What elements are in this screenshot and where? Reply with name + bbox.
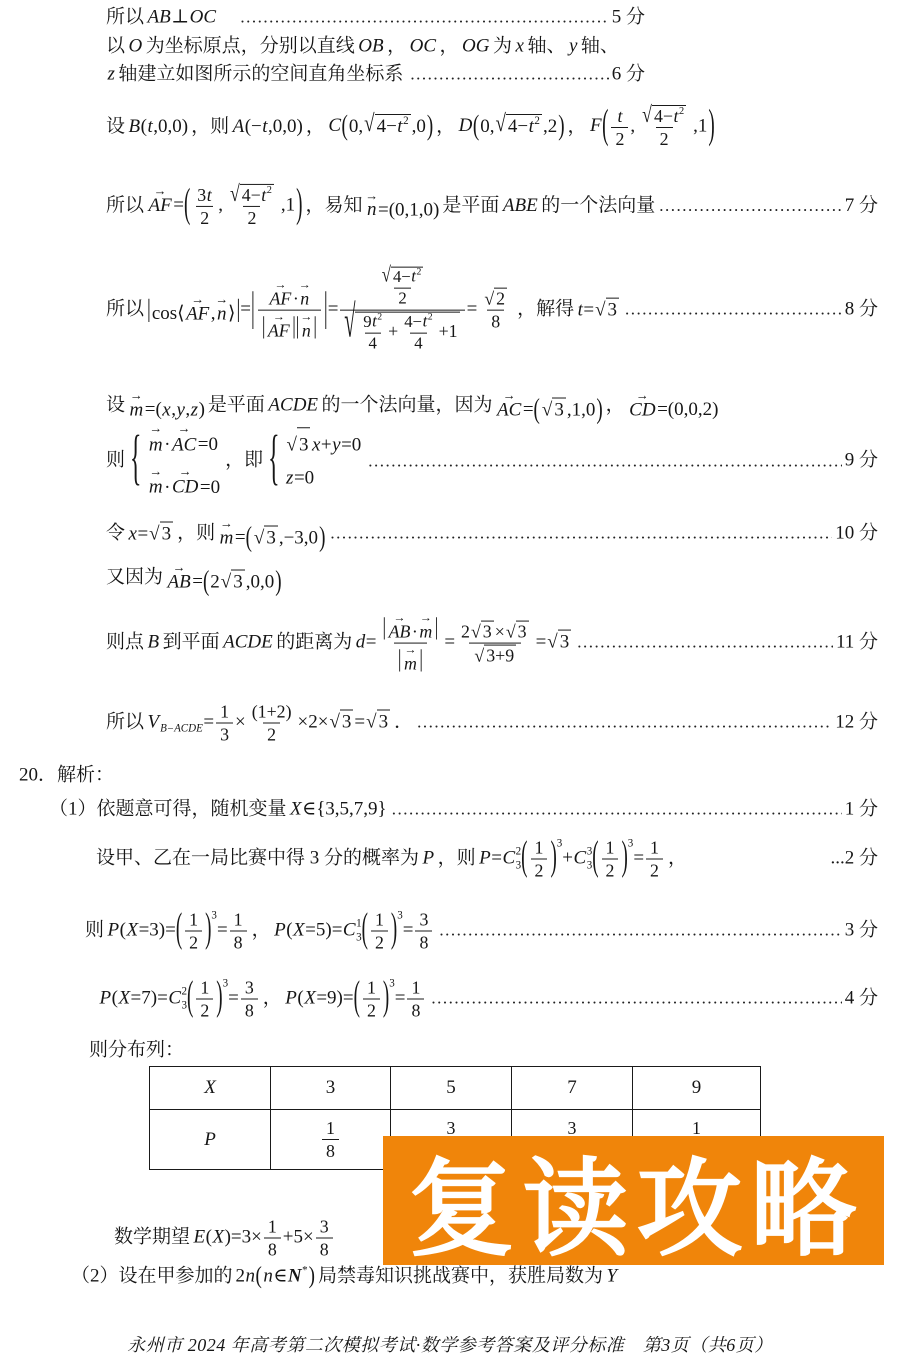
math-segment: P [422, 847, 435, 872]
text-segment: 设 [106, 115, 125, 140]
paren-group: (12) [592, 838, 628, 881]
table-cell: 9 [633, 1067, 761, 1110]
fraction: √4−t22√9t24+4−t24+1 [340, 267, 464, 354]
math-segment: E(X)=3×18+5×38 [193, 1217, 335, 1260]
sqrt-radical: √3 [254, 526, 278, 552]
solution-line-13: 20．解析： [18, 764, 115, 789]
radical-sign-icon: √ [364, 110, 374, 142]
text-segment: ， [436, 115, 455, 140]
superscript: 3 [223, 977, 229, 989]
paren-group: (0,√4−t2,0) [342, 114, 434, 140]
text-segment: ， [668, 847, 687, 872]
radical-sign-icon: √ [471, 622, 481, 642]
fraction: 12 [646, 838, 663, 881]
fraction: 38 [415, 910, 432, 953]
text-segment: ，解得 [517, 298, 574, 323]
text-segment: 所以 [106, 6, 144, 31]
text-segment: 又因为 [106, 566, 163, 591]
fraction: 12 [185, 910, 202, 953]
math-segment: t=√3 [577, 297, 620, 323]
fraction: 9t24 [359, 313, 386, 354]
sqrt-radical: √4−t2 [382, 267, 424, 287]
table-cell: X [150, 1067, 271, 1110]
table-cell: 3 [271, 1067, 391, 1110]
text-segment: 20．解析： [19, 764, 114, 789]
text-segment: ， [387, 35, 406, 60]
fraction: 18 [407, 978, 424, 1021]
superscript: 3 [211, 909, 217, 921]
solution-line-17: P(X=7)=C23(12)3=38，P(X=9)=(12)3=18......… [97, 978, 878, 1021]
radical-sign-icon: √ [366, 710, 376, 735]
cases-system: {m·AC=0m·CD=0 [130, 418, 220, 504]
sqrt-radical: √2 [484, 288, 507, 309]
dotted-leader: ........................................… [410, 64, 608, 86]
radical-sign-icon: √ [595, 298, 605, 323]
watermark-text: 复读攻略 [409, 1125, 865, 1277]
text-segment: 轴建立如图所示的空间直角坐标系 [118, 63, 403, 88]
vector: AF [267, 312, 290, 341]
radical-sign-icon: √ [474, 646, 484, 666]
dotted-leader: ........................................… [417, 712, 832, 734]
text-segment: 则 [106, 449, 125, 474]
solution-line-9: 令x=√3，则m=(√3,−3,0)......................… [105, 517, 878, 552]
fraction: 38 [316, 1217, 333, 1260]
dotted-leader: ........................................… [439, 920, 841, 942]
paren-group: (3t2,√4−t22,1) [184, 184, 303, 228]
superscript: 3 [397, 909, 403, 921]
dotted-leader: ........................................… [577, 632, 833, 654]
superscript: 3 [628, 837, 634, 849]
fraction: 4−t24 [400, 313, 436, 354]
brace-icon: { [268, 421, 279, 501]
text-segment: ， [440, 35, 459, 60]
vector: AF [186, 293, 210, 327]
math-segment: x [515, 35, 524, 60]
fraction: t2 [611, 106, 628, 149]
fraction: 18 [322, 1118, 339, 1161]
radical-sign-icon: √ [547, 630, 557, 655]
superscript: 2 [428, 312, 433, 323]
fraction: 13 [216, 702, 233, 745]
radical-sign-icon: √ [287, 428, 297, 461]
radical-sign-icon: √ [230, 181, 240, 207]
score-label: 12 分 [835, 711, 878, 736]
fraction: 18 [264, 1217, 281, 1260]
paren-group: (12) [187, 978, 223, 1021]
dotted-leader: ........................................… [368, 450, 841, 472]
vector: AF [148, 184, 172, 218]
math-segment: z [107, 63, 115, 88]
sqrt-radical: √3 [506, 621, 529, 642]
math-segment: {√3x+y=0z=0 [266, 427, 363, 495]
paren-group: (0,√4−t2,2) [473, 114, 565, 140]
radical-sign-icon: √ [221, 571, 231, 596]
sqrt-radical: √4−t2 [642, 105, 686, 126]
solution-line-14: （1）依题意可得，随机变量X∈{3,5,7,9}................… [48, 798, 878, 823]
score-label: 5 分 [612, 6, 645, 31]
math-segment: D(0,√4−t2,2) [458, 114, 564, 140]
score-label: 3 分 [845, 919, 878, 944]
sqrt-radical: √3 [471, 621, 494, 642]
math-segment: AB⊥OC [147, 6, 217, 31]
radical-sign-icon: √ [345, 296, 356, 347]
sqrt-radical: √3 [221, 570, 245, 596]
radical-sign-icon: √ [506, 622, 516, 642]
vector: m [148, 418, 163, 461]
vector: n [367, 189, 378, 223]
solution-line-10: 又因为AB=(2√3,0,0) [105, 561, 284, 596]
radical-sign-icon: √ [642, 102, 652, 128]
text-segment: ，则 [177, 522, 215, 547]
score-label: 11 分 [836, 631, 878, 656]
sqrt-radical: √3 [329, 709, 353, 735]
radical-sign-icon: √ [149, 522, 159, 547]
sqrt-radical: √3 [595, 297, 619, 323]
fraction: AF·n|AF||n| [258, 280, 321, 341]
vector: AC [171, 418, 196, 461]
superscript: 3 [389, 977, 395, 989]
radical-sign-icon: √ [329, 710, 339, 735]
sqrt-radical: √3+9 [474, 645, 516, 666]
math-segment: |cos⟨AF,n⟩|=|AF·n|AF||n||=√4−t22√9t24+4−… [147, 267, 514, 354]
table-cell: 18 [271, 1110, 391, 1170]
math-segment: {m·AC=0m·CD=0 [128, 418, 222, 504]
superscript: 2 [403, 115, 409, 127]
solution-line-16: 则P(X=3)=(12)3=18，P(X=5)=C13(12)3=38.....… [84, 910, 878, 953]
paren-group: (12) [354, 978, 390, 1021]
vector: CD [171, 461, 198, 504]
dotted-leader: ........................................… [431, 988, 841, 1010]
dotted-leader: ........................................… [330, 523, 832, 545]
math-segment: y [568, 35, 577, 60]
fraction: |AB·m||m| [378, 613, 442, 674]
radical-sign-icon: √ [495, 110, 505, 142]
sqrt-radical: √3 [547, 629, 571, 655]
table-cell: 7 [512, 1067, 633, 1110]
math-segment: AB=(2√3,0,0) [166, 561, 282, 596]
math-segment: O [128, 35, 143, 60]
text-segment: 到平面 [163, 631, 220, 656]
math-segment: P(X=9)=(12)3=18 [285, 978, 427, 1021]
superscript: 3 [557, 837, 563, 849]
vector: AF [269, 280, 292, 309]
text-segment: 的一个法向量，因为 [322, 394, 493, 419]
fraction: 12 [196, 978, 213, 1021]
fraction: (1+2)2 [248, 702, 296, 745]
solution-line-2: 以O为坐标原点，分别以直线OB，OC，OG为x轴、y轴、 [105, 35, 620, 60]
sqrt-radical: √3 [287, 427, 311, 461]
paren-group: (n∈N*) [256, 1265, 315, 1290]
dotted-leader: ........................................… [392, 799, 842, 821]
text-segment: ，即 [225, 449, 263, 474]
text-segment: ， [263, 987, 282, 1012]
sqrt-radical: √4−t2 [364, 114, 410, 140]
math-segment: OG [462, 35, 490, 60]
math-segment: m=(√3,−3,0) [218, 517, 325, 552]
math-segment: P(X=5)=C13(12)3=38 [274, 910, 435, 953]
abs-group: |AF·n|AF||n|| [251, 280, 328, 341]
solution-line-11: 则点B到平面ACDE的距离为d=|AB·m||m|=2√3×√3√3+9=√3.… [105, 613, 878, 674]
score-label: 10 分 [835, 522, 878, 547]
math-segment: VB−ACDE=13×(1+2)2×2×√3=√3 [147, 702, 391, 745]
text-segment: 是平面 [442, 194, 499, 219]
text-segment: 设甲、乙在一局比赛中得 3 分的概率为 [96, 847, 419, 872]
math-segment: B(t,0,0) [128, 115, 188, 140]
text-segment: ，则 [438, 847, 476, 872]
math-segment: x=√3 [128, 521, 174, 547]
text-segment: （2）设在甲参加的 [71, 1265, 233, 1290]
math-segment: C(0,√4−t2,0) [328, 114, 433, 140]
text-segment: ， [252, 919, 271, 944]
fraction: 18 [230, 910, 247, 953]
cases-system: {√3x+y=0z=0 [268, 427, 361, 495]
table-cell: 5 [391, 1067, 512, 1110]
vector: AB [388, 613, 411, 642]
text-segment: 为坐标原点，分别以直线 [146, 35, 355, 60]
text-segment: （1）依题意可得，随机变量 [49, 798, 287, 823]
score-label: 9 分 [845, 449, 878, 474]
fraction: 12 [363, 978, 380, 1021]
math-segment: P(X=3)=(12)3=18 [107, 910, 249, 953]
solution-line-6: 所以|cos⟨AF,n⟩|=|AF·n|AF||n||=√4−t22√9t24+… [105, 267, 878, 354]
math-segment: 2n(n∈N*) [236, 1265, 315, 1290]
solution-line-12: 所以VB−ACDE=13×(1+2)2×2×√3=√3．............… [105, 702, 878, 745]
upright-text: cos [152, 303, 177, 324]
math-segment: ACDE [268, 394, 319, 419]
sqrt-radical: √9t24+4−t24+1 [345, 312, 459, 354]
math-segment: A(−t,0,0) [232, 115, 303, 140]
score-label: 7 分 [845, 194, 878, 219]
solution-line-19: 数学期望E(X)=3×18+5×38 [113, 1217, 337, 1260]
solution-line-5: 所以AF=(3t2,√4−t22,1)，易知n=(0,1,0)是平面ABE的一个… [105, 184, 878, 228]
math-segment: ABE [502, 194, 538, 219]
paren-group: (t2,√4−t22,1) [602, 105, 715, 149]
radical-sign-icon: √ [254, 527, 264, 552]
vector: n [300, 280, 310, 309]
dotted-leader: ........................................… [659, 195, 842, 217]
paren-group: (2√3,0,0) [203, 570, 282, 596]
text-segment: ，则 [191, 115, 229, 140]
text-segment: 则点 [106, 631, 144, 656]
score-label: 4 分 [845, 987, 878, 1012]
fraction: 38 [241, 978, 258, 1021]
paren-group: (12) [362, 910, 398, 953]
paren-group: (√3,−3,0) [246, 526, 326, 552]
solution-line-1: 所以AB⊥OC.................................… [105, 6, 645, 31]
text-segment: 轴、 [581, 35, 619, 60]
solution-line-4: 设B(t,0,0)，则A(−t,0,0)，C(0,√4−t2,0)，D(0,√4… [105, 105, 717, 149]
paren-group: (12) [521, 838, 557, 881]
fraction: 12 [371, 910, 388, 953]
solution-line-3: z轴建立如图所示的空间直角坐标系........................… [105, 63, 645, 88]
text-segment: 轴、 [527, 35, 565, 60]
text-segment: 则 [85, 919, 104, 944]
math-segment: B [147, 631, 160, 656]
abs-group: |m| [398, 645, 423, 674]
solution-line-18: 则分布列： [88, 1039, 185, 1064]
abs-group: |cos⟨AF,n⟩| [147, 293, 240, 327]
table-cell: P [150, 1110, 271, 1170]
text-segment: 的距离为 [276, 631, 352, 656]
math-segment: ACDE [223, 631, 274, 656]
dotted-leader: ........................................… [625, 299, 842, 321]
table-row-x: X3579 [150, 1067, 761, 1110]
fraction: 2√3×√3√3+9 [457, 621, 534, 666]
fraction: √4−t22 [377, 267, 429, 309]
math-segment: d=|AB·m||m|=2√3×√3√3+9=√3 [355, 613, 572, 674]
text-segment: 是平面 [208, 394, 265, 419]
text-segment: 设 [106, 394, 125, 419]
watermark-banner: 复读攻略 [383, 1136, 884, 1265]
superscript: 2 [416, 267, 421, 278]
fraction: 3t2 [193, 185, 216, 228]
fraction: √28 [479, 288, 512, 332]
radical-sign-icon: √ [382, 264, 391, 288]
score-label: 8 分 [845, 298, 878, 323]
fraction: 12 [531, 838, 548, 881]
subscript: B−ACDE [160, 723, 204, 735]
fraction: 12 [602, 838, 619, 881]
score-label: 6 分 [612, 63, 645, 88]
dotted-leader: ........................................… [240, 7, 608, 29]
text-segment: 所以 [106, 711, 144, 736]
math-segment: P(X=7)=C23(12)3=38 [99, 978, 260, 1021]
text-segment: ， [568, 115, 587, 140]
abs-group: |AF| [262, 312, 296, 341]
solution-line-15: 设甲、乙在一局比赛中得 3 分的概率为P，则P=C23(12)3+C33(12)… [95, 838, 878, 881]
sqrt-radical: √4−t2 [230, 184, 274, 205]
text-segment: 则分布列： [89, 1039, 184, 1064]
math-segment: F(t2,√4−t22,1) [590, 105, 715, 149]
text-segment: 为 [493, 35, 512, 60]
math-segment: n=(0,1,0) [366, 189, 440, 223]
superscript: 2 [267, 185, 272, 196]
answer-sheet-page: 所以AB⊥OC.................................… [0, 0, 900, 1369]
text-segment: 所以 [106, 194, 144, 219]
radical-sign-icon: √ [484, 289, 494, 309]
vector: m [219, 517, 234, 551]
vector: AB [167, 561, 191, 595]
math-segment: OC [409, 35, 436, 60]
text-segment: 所以 [106, 298, 144, 323]
text-segment: ． [394, 711, 413, 736]
page-footer: 永州市 2024 年高考第二次模拟考试·数学参考答案及评分标准 第3页（共6页） [0, 1331, 900, 1357]
sqrt-radical: √3 [366, 709, 390, 735]
text-segment: ，易知 [305, 194, 362, 219]
superscript: 2 [679, 106, 684, 117]
math-segment: OB [358, 35, 384, 60]
math-segment: X∈{3,5,7,9} [290, 798, 387, 823]
score-label: ...2 分 [830, 847, 878, 872]
math-segment: AF=(3t2,√4−t22,1) [147, 184, 302, 228]
vector: m [419, 613, 433, 642]
paren-group: (12) [176, 910, 212, 953]
vector: m [403, 645, 417, 674]
sqrt-radical: √3 [149, 521, 173, 547]
text-segment: ， [306, 115, 325, 140]
score-label: 1 分 [845, 798, 878, 823]
brace-icon: { [130, 421, 141, 501]
text-segment: ， [606, 394, 625, 419]
fraction: √4−t22 [637, 105, 691, 149]
vector: n [301, 312, 311, 341]
superscript: * [302, 1265, 308, 1277]
fraction: √4−t22 [225, 184, 279, 228]
superscript: 2 [534, 115, 540, 127]
superscript: 2 [377, 312, 382, 323]
text-segment: 令 [106, 522, 125, 547]
solution-line-8: 则{m·AC=0m·CD=0，即{√3x+y=0z=0.............… [105, 418, 878, 504]
abs-group: |AB·m| [382, 613, 438, 642]
text-segment: 以 [106, 35, 125, 60]
vector: n [217, 293, 228, 327]
text-segment: 的一个法向量 [541, 194, 655, 219]
abs-group: |n| [296, 312, 317, 341]
vector: m [148, 461, 163, 504]
math-segment: P=C23(12)3+C33(12)3=12 [479, 838, 665, 881]
sqrt-radical: √4−t2 [495, 114, 541, 140]
text-segment: 数学期望 [114, 1226, 190, 1251]
